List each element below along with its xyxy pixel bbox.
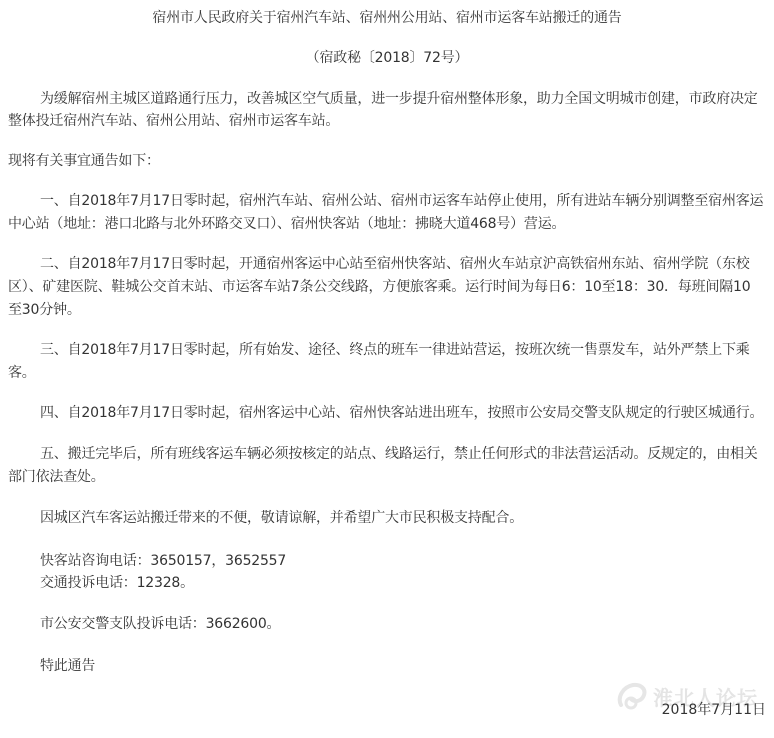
- item-1-line-1: 一、自2018年7月17日零时起，宿州汽车站、宿州公站、宿州市运客车站停止使用，…: [40, 190, 763, 212]
- item-3-line-1: 三、自2018年7月17日零时起，所有始发、途径、终点的班车一律进站营运，按班次…: [40, 339, 750, 361]
- intro-line-1: 为缓解宿州主城区道路通行压力，改善城区空气质量，进一步提升宿州整体形象，助力全国…: [40, 88, 758, 110]
- item-5-line-2: 部门依法查处。: [8, 466, 105, 488]
- intro-line-2: 整体投迁宿州汽车站、宿州公用站、宿州市运客车站。: [8, 110, 339, 132]
- document-number: （宿政秘〔2018〕72号）: [0, 47, 774, 69]
- item-5-line-1: 五、搬迁完毕后，所有班线客运车辆必须按核定的站点、线路运行，禁止任何形式的非法营…: [40, 443, 758, 465]
- item-2-line-3: 至30分钟。: [8, 299, 81, 321]
- closing-text: 特此通告: [40, 655, 95, 677]
- police-complaint-phone: 市公安交警支队投诉电话：3662600。: [40, 613, 280, 635]
- apology-text: 因城区汽车客运站搬迁带来的不便，敬请谅解，并希望广大市民积极支持配合。: [40, 507, 523, 529]
- notice-document: 宿州市人民政府关于宿州汽车站、宿州州公用站、宿州市运客车站搬迁的通告 （宿政秘〔…: [0, 0, 774, 738]
- document-title: 宿州市人民政府关于宿州汽车站、宿州州公用站、宿州市运客车站搬迁的通告: [0, 7, 774, 29]
- item-2-line-2: 区）、矿建医院、鞋城公交首末站、市运客车站7条公交线路，方便旅客乘。运行时间为每…: [8, 276, 750, 298]
- item-1-line-2: 中心站（地址：港口北路与北外环路交叉口）、宿州快客站（地址：拂晓大道468号）营…: [8, 213, 565, 235]
- forum-logo-icon: [615, 679, 649, 713]
- item-2-line-1: 二、自2018年7月17日零时起，开通宿州客运中心站至宿州快客站、宿州火车站京沪…: [40, 253, 750, 275]
- item-4-line-1: 四、自2018年7月17日零时起，宿州客运中心站、宿州快客站进出班车，按照市公安…: [40, 402, 763, 424]
- item-3-line-2: 客。: [8, 362, 36, 384]
- lead-text: 现将有关事宜通告如下：: [8, 150, 160, 172]
- document-date: 2018年7月11日: [662, 699, 766, 721]
- express-station-phone: 快客站咨询电话：3650157，3652557: [40, 550, 286, 572]
- traffic-complaint-phone: 交通投诉电话：12328。: [40, 572, 194, 594]
